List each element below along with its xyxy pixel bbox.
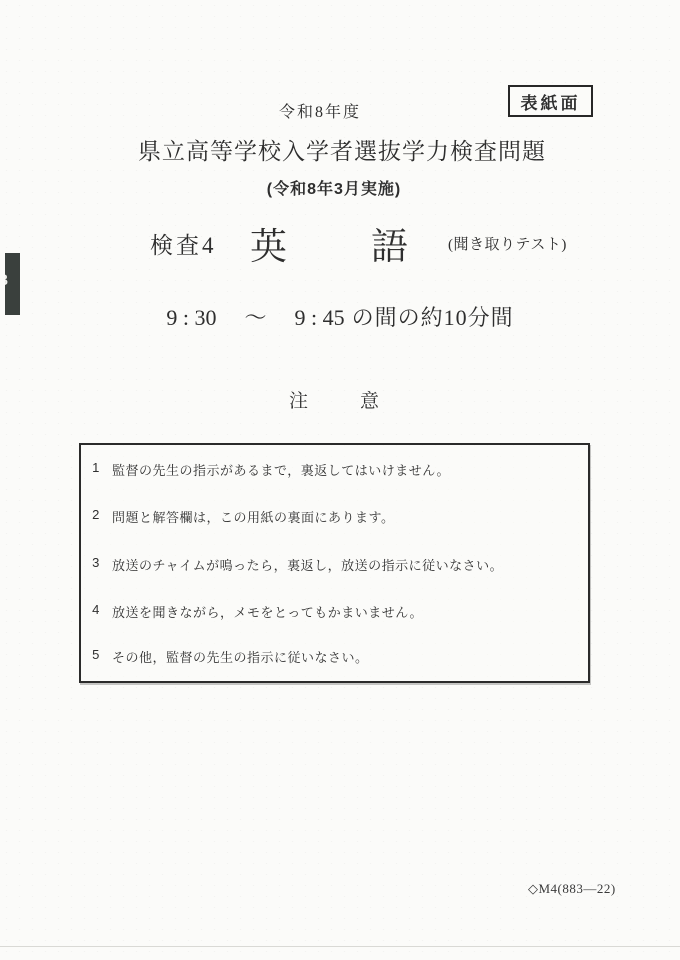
instruction-item: 3 放送のチャイムが鳴ったら，裏返し，放送の指示に従いなさい。 (81, 555, 588, 574)
instruction-number: 1 (89, 460, 103, 475)
instruction-number: 5 (89, 647, 103, 662)
time-tilde: ～ (244, 301, 266, 332)
instruction-number: 3 (89, 555, 103, 570)
exam-time-line: 9 : 30 ～ 9 : 45 の間の約10分間 (0, 301, 680, 332)
time-end: 9 : 45 (295, 305, 345, 331)
exam-number-label: 検査4 (150, 227, 217, 260)
time-start: 9 : 30 (166, 305, 216, 331)
year-heading: 令和8年度 (0, 99, 640, 122)
instruction-number: 2 (89, 507, 103, 522)
instruction-item: 5 その他，監督の先生の指示に従いなさい。 (81, 647, 588, 666)
instructions-box: 1 監督の先生の指示があるまで，裏返してはいけません。 2 問題と解答欄は，この… (79, 443, 590, 683)
instruction-text: その他，監督の先生の指示に従いなさい。 (112, 647, 369, 666)
caution-char-1: 注 (289, 386, 308, 413)
listening-test-note: (聞き取りテスト) (448, 233, 567, 254)
caution-heading: 注 意 (0, 386, 668, 413)
instruction-item: 4 放送を聞きながら，メモをとってもかまいません。 (81, 602, 588, 621)
instruction-text: 問題と解答欄は，この用紙の裏面にあります。 (112, 507, 394, 526)
caution-char-2: 意 (360, 386, 379, 413)
time-suffix: の間の約10分間 (352, 301, 514, 332)
document-code: ◇M4(883—22) (528, 881, 616, 897)
instruction-item: 2 問題と解答欄は，この用紙の裏面にあります。 (81, 507, 588, 526)
instruction-text: 放送のチャイムが鳴ったら，裏返し，放送の指示に従いなさい。 (112, 555, 503, 574)
scan-page-edge (0, 946, 680, 947)
instruction-text: 監督の先生の指示があるまで，裏返してはいけません。 (112, 460, 450, 479)
edge-tab-digit: 3 (5, 272, 8, 290)
instruction-item: 1 監督の先生の指示があるまで，裏返してはいけません。 (81, 460, 588, 479)
instruction-text: 放送を聞きながら，メモをとってもかまいません。 (112, 602, 423, 621)
page-title: 県立高等学校入学者選抜学力検査問題 (0, 133, 680, 166)
subject-title-char-2: 語 (371, 216, 408, 270)
instruction-number: 4 (89, 602, 103, 617)
subject-title-char-1: 英 (250, 216, 287, 270)
exam-date-subtitle: (令和8年3月実施) (0, 176, 668, 199)
